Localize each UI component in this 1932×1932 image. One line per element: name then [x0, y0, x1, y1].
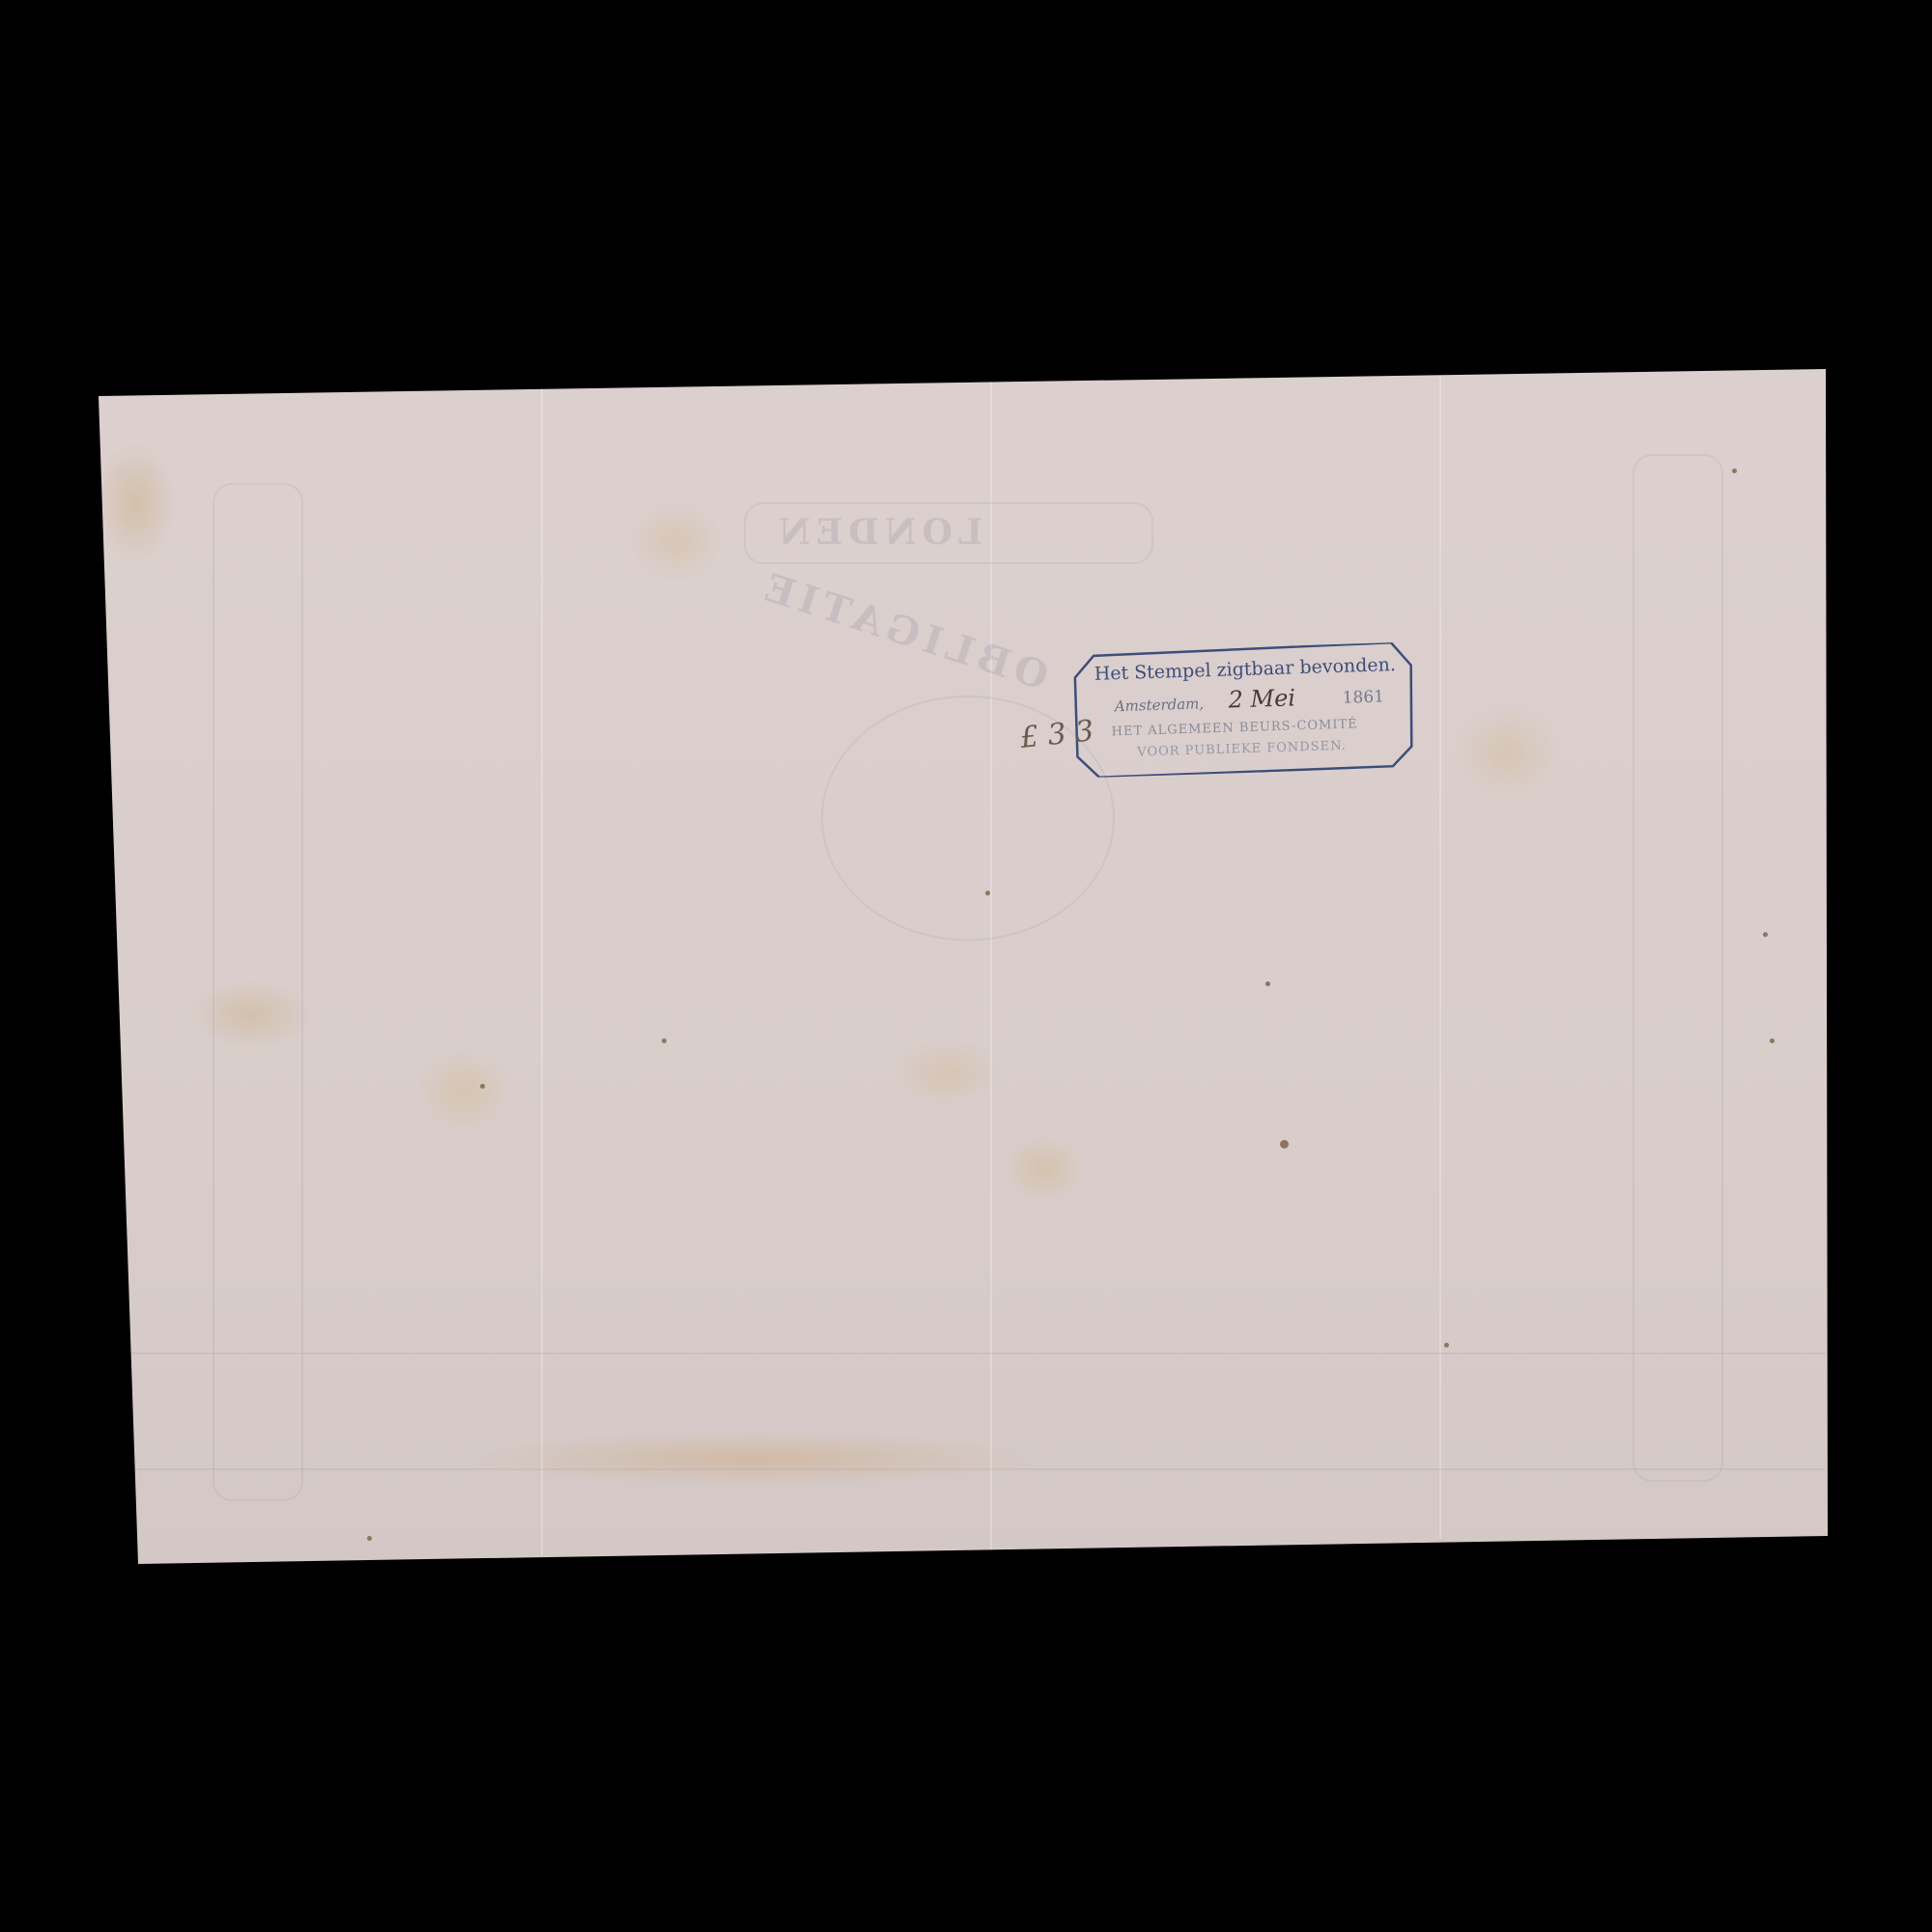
fold-line [1439, 370, 1441, 1539]
certificate-paper: LONDEN OBLIGATIE [0, 0, 1932, 1932]
fold-line [106, 1352, 1826, 1354]
stamp-place: Amsterdam, [1115, 695, 1205, 715]
foxing-speck [662, 1038, 667, 1043]
show-through-border-left [213, 483, 303, 1501]
foxing-speck [1444, 1343, 1449, 1348]
foxing-speck [1770, 1038, 1775, 1043]
foxing-speck [480, 1084, 485, 1089]
stamp-handwritten-date: 2 Mei [1228, 684, 1295, 713]
foxing-speck [1763, 932, 1768, 937]
foxing-speck [1280, 1140, 1289, 1149]
show-through-banner-text: LONDEN [773, 512, 982, 553]
fold-line [541, 377, 543, 1555]
show-through-border-right [1633, 454, 1723, 1482]
stamp-year: 1861 [1342, 687, 1384, 707]
foxing-speck [1732, 469, 1737, 473]
fold-line [135, 1468, 1826, 1470]
foxing-speck [1265, 981, 1270, 986]
show-through-center-text: OBLIGATIE [753, 563, 1054, 699]
foxing-speck [367, 1536, 372, 1541]
exchange-committee-stamp: Het Stempel zigtbaar bevonden. Amsterdam… [1072, 642, 1416, 779]
foxing-speck [985, 891, 990, 895]
